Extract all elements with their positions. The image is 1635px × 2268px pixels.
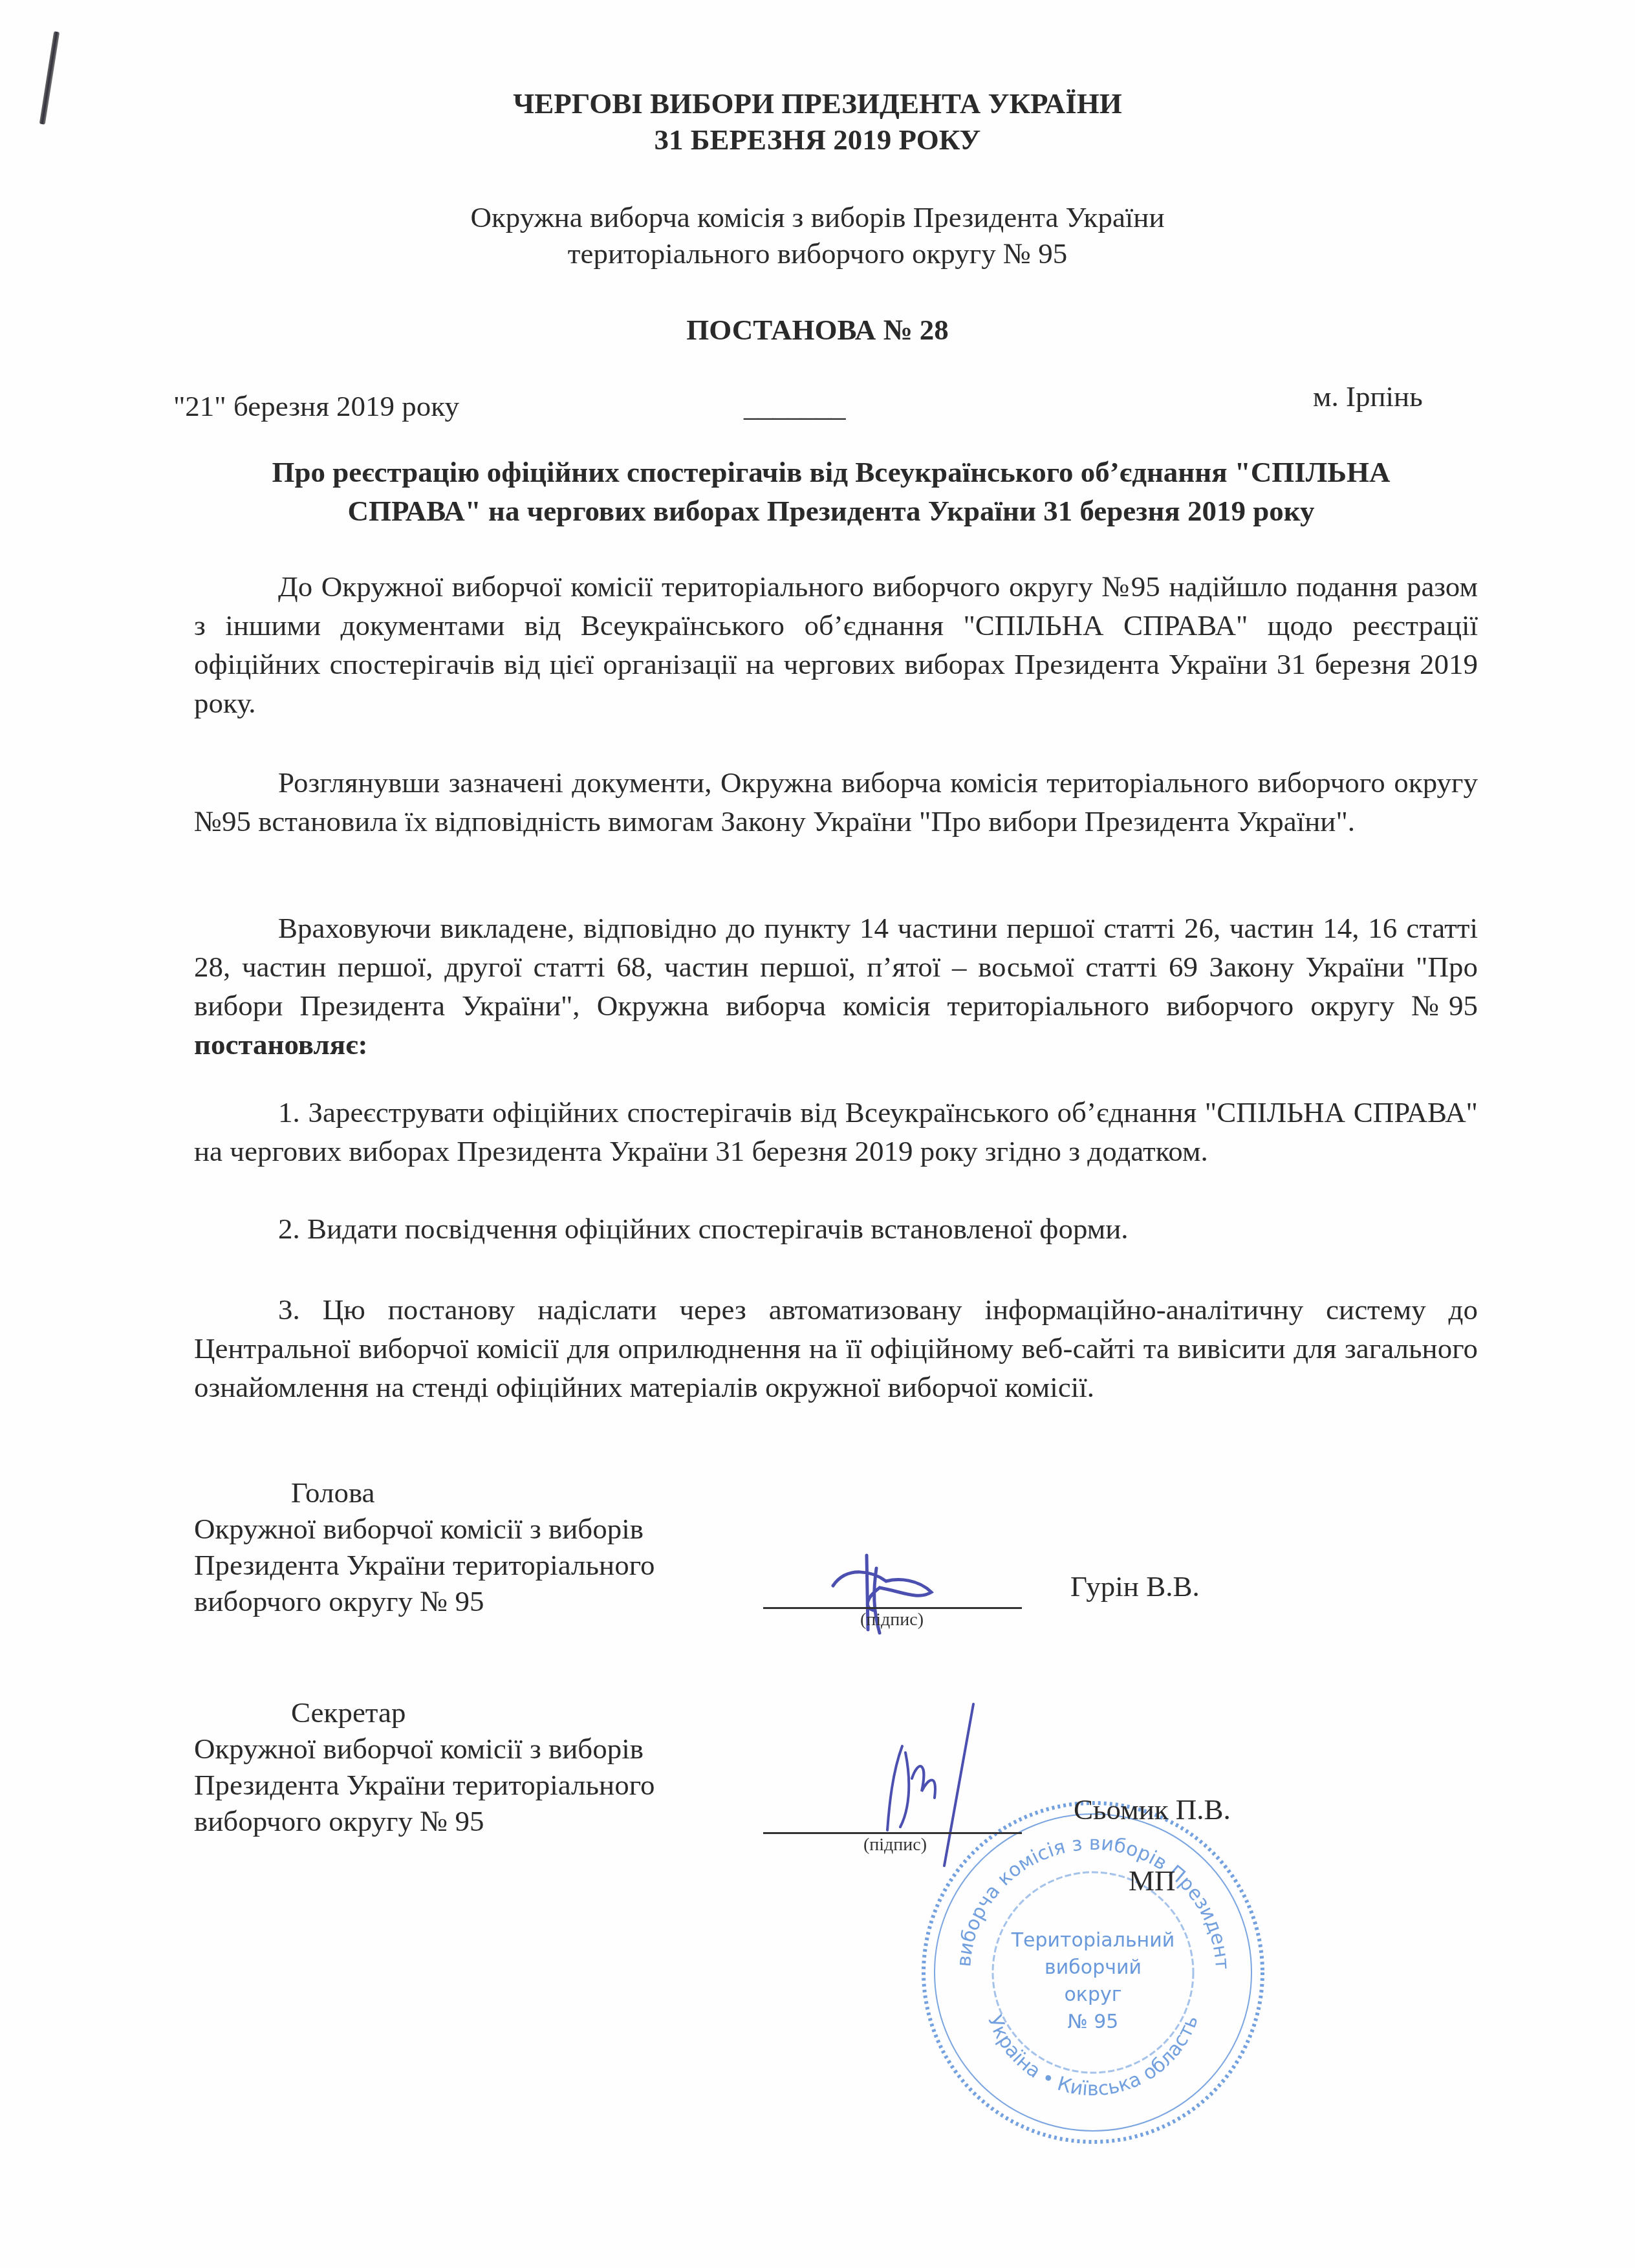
secretary-signature-line [763,1832,1022,1834]
chair-org-line-1: Окружної виборчої комісії з виборів [194,1511,655,1547]
seal-center-line-4: № 95 [1068,2011,1119,2033]
seal-center-line-2: виборчий [1045,1956,1142,1979]
resolution-item-2: 2. Видати посвідчення офіційних спостері… [194,1209,1478,1248]
paragraph-basis: Враховуючи викладене, відповідно до пунк… [194,909,1478,1064]
secretary-signature-caption: (підпис) [863,1835,927,1855]
secretary-name: Сьомик П.В. [1074,1791,1231,1828]
resolution-title: ПОСТАНОВА № 28 [0,312,1635,348]
subject-line-1: Про реєстрацію офіційних спостерігачів в… [188,453,1475,491]
secretary-block: Секретар Окружної виборчої комісії з виб… [194,1694,655,1839]
paragraph-submission: До Окружної виборчої комісії територіаль… [194,567,1478,722]
resolution-item-1: 1. Зареєструвати офіційних спостерігачів… [194,1093,1478,1171]
resolution-time-blank: _______ [744,388,846,424]
subject-line-2: СПРАВА" на чергових виборах Президента У… [188,491,1475,530]
resolution-subject: Про реєстрацію офіційних спостерігачів в… [188,453,1475,530]
chair-name: Гурін В.В. [1070,1568,1200,1604]
commission-district: територіального виборчого округу № 95 [0,235,1635,272]
chair-role: Голова [194,1474,655,1511]
seal-place-label: МП [1129,1863,1176,1899]
secretary-role: Секретар [194,1694,655,1731]
resolution-item-3: 3. Цю постанову надіслати через автомати… [194,1290,1478,1407]
seal-center-line-3: округ [1064,1983,1121,2006]
chair-org-line-2: Президента України територіального [194,1547,655,1583]
secretary-org-line-3: виборчого округу № 95 [194,1803,655,1839]
resolves-keyword: постановляє: [194,1028,368,1061]
election-title: ЧЕРГОВІ ВИБОРИ ПРЕЗИДЕНТА УКРАЇНИ [0,85,1635,122]
document-page: ЧЕРГОВІ ВИБОРИ ПРЕЗИДЕНТА УКРАЇНИ 31 БЕР… [0,0,1635,2268]
seal-center-line-1: Територіальний [1011,1929,1175,1952]
chair-signature-caption: (підпис) [860,1610,924,1630]
resolution-date: "21" березня 2019 року [173,388,459,424]
chair-block: Голова Окружної виборчої комісії з вибор… [194,1474,655,1619]
secretary-org-line-2: Президента України територіального [194,1767,655,1803]
election-date: 31 БЕРЕЗНЯ 2019 РОКУ [0,122,1635,158]
chair-signature-line [763,1607,1022,1609]
basis-text: Враховуючи викладене, відповідно до пунк… [194,912,1478,1022]
commission-name: Окружна виборча комісія з виборів Презид… [0,199,1635,235]
paragraph-review: Розглянувши зазначені документи, Окружна… [194,763,1478,841]
resolution-place: м. Ірпінь [1313,378,1423,415]
chair-org-line-3: виборчого округу № 95 [194,1583,655,1619]
secretary-org-line-1: Окружної виборчої комісії з виборів [194,1731,655,1767]
